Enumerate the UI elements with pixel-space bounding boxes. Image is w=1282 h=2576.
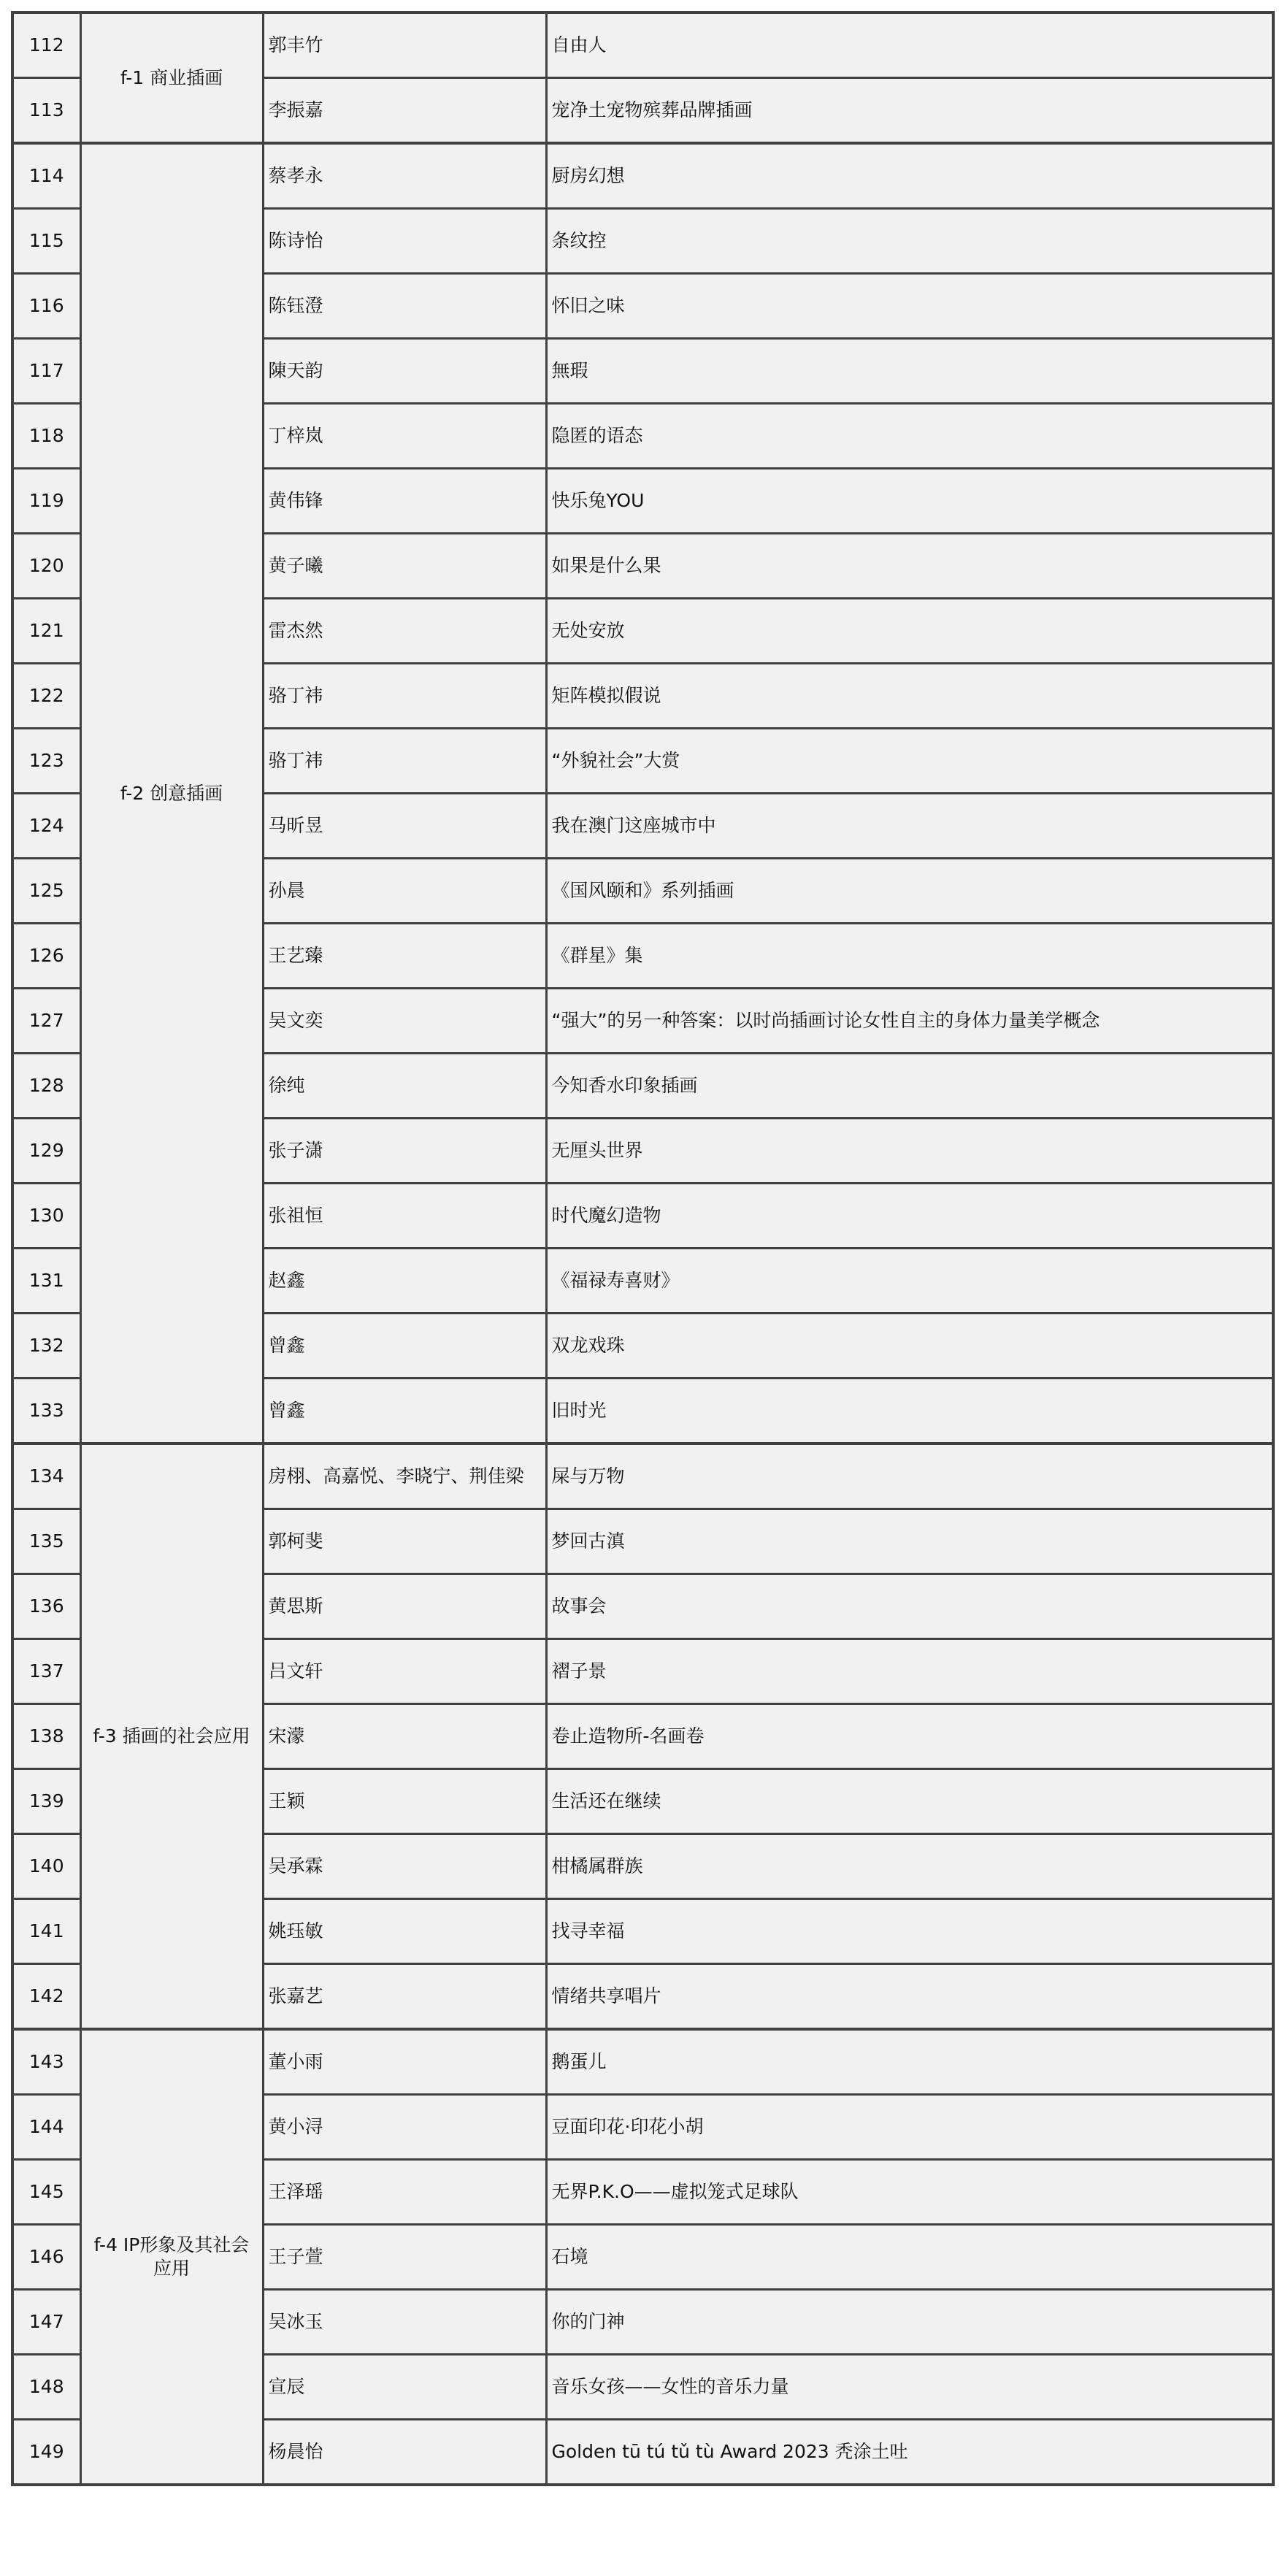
author-name: 董小雨 [263, 2029, 546, 2095]
author-name: 张子潇 [263, 1119, 546, 1184]
work-title: 无界P.K.O——虚拟笼式足球队 [546, 2160, 1273, 2225]
work-title: 《国风颐和》系列插画 [546, 859, 1273, 924]
author-name: 孙晨 [263, 859, 546, 924]
work-title: 双龙戏珠 [546, 1314, 1273, 1379]
work-title: “强大”的另一种答案：以时尚插画讨论女性自主的身体力量美学概念 [546, 989, 1273, 1054]
entry-number: 123 [12, 729, 80, 794]
work-title: 豆面印花·印花小胡 [546, 2095, 1273, 2160]
work-title: 《群星》集 [546, 924, 1273, 989]
category-cell: f-3 插画的社会应用 [80, 1444, 263, 2029]
author-name: 马昕昱 [263, 794, 546, 859]
entry-number: 114 [12, 143, 80, 209]
entry-number: 121 [12, 599, 80, 664]
work-title: 找寻幸福 [546, 1899, 1273, 1964]
author-name: 骆丁祎 [263, 729, 546, 794]
author-name: 骆丁祎 [263, 664, 546, 729]
entry-number: 129 [12, 1119, 80, 1184]
entry-number: 144 [12, 2095, 80, 2160]
entry-number: 120 [12, 534, 80, 599]
author-name: 姚珏敏 [263, 1899, 546, 1964]
entry-number: 137 [12, 1639, 80, 1704]
work-title: 时代魔幻造物 [546, 1184, 1273, 1249]
table-row: 143f-4 IP形象及其社会应用董小雨鹅蛋儿 [12, 2029, 1273, 2095]
entry-number: 131 [12, 1249, 80, 1314]
work-title: 音乐女孩——女性的音乐力量 [546, 2355, 1273, 2420]
entry-number: 142 [12, 1964, 80, 2030]
work-title: 旧时光 [546, 1379, 1273, 1444]
author-name: 黄子曦 [263, 534, 546, 599]
author-name: 王泽瑶 [263, 2160, 546, 2225]
work-title: Golden tū tú tǔ tù Award 2023 秃涂土吐 [546, 2420, 1273, 2485]
entry-number: 115 [12, 209, 80, 274]
work-title: 屎与万物 [546, 1444, 1273, 1509]
entry-number: 146 [12, 2225, 80, 2290]
author-name: 蔡孝永 [263, 143, 546, 209]
category-cell: f-1 商业插画 [80, 12, 263, 143]
entry-number: 149 [12, 2420, 80, 2485]
table-row: 134f-3 插画的社会应用房栩、高嘉悦、李晓宁、荆佳梁屎与万物 [12, 1444, 1273, 1509]
category-cell: f-4 IP形象及其社会应用 [80, 2029, 263, 2485]
works-table-body: 112f-1 商业插画郭丰竹自由人113李振嘉宠净土宠物殡葬品牌插画114f-2… [12, 12, 1273, 2485]
entry-number: 130 [12, 1184, 80, 1249]
work-title: 我在澳门这座城市中 [546, 794, 1273, 859]
author-name: 赵鑫 [263, 1249, 546, 1314]
entry-number: 119 [12, 469, 80, 534]
entry-number: 143 [12, 2029, 80, 2095]
author-name: 郭柯斐 [263, 1509, 546, 1574]
author-name: 陈诗怡 [263, 209, 546, 274]
author-name: 黄思斯 [263, 1574, 546, 1639]
entry-number: 148 [12, 2355, 80, 2420]
author-name: 陈钰澄 [263, 274, 546, 339]
author-name: 宋濛 [263, 1704, 546, 1769]
entry-number: 112 [12, 12, 80, 78]
work-title: 宠净土宠物殡葬品牌插画 [546, 78, 1273, 144]
author-name: 陳天韵 [263, 339, 546, 404]
author-name: 张祖恒 [263, 1184, 546, 1249]
works-table: 112f-1 商业插画郭丰竹自由人113李振嘉宠净土宠物殡葬品牌插画114f-2… [11, 11, 1275, 2486]
entry-number: 132 [12, 1314, 80, 1379]
work-title: 鹅蛋儿 [546, 2029, 1273, 2095]
work-title: 厨房幻想 [546, 143, 1273, 209]
author-name: 黄伟锋 [263, 469, 546, 534]
work-title: 快乐兔YOU [546, 469, 1273, 534]
work-title: 故事会 [546, 1574, 1273, 1639]
work-title: 《福禄寿喜财》 [546, 1249, 1273, 1314]
work-title: “外貌社会”大赏 [546, 729, 1273, 794]
entry-number: 117 [12, 339, 80, 404]
entry-number: 126 [12, 924, 80, 989]
work-title: 隐匿的语态 [546, 404, 1273, 469]
work-title: 无处安放 [546, 599, 1273, 664]
work-title: 自由人 [546, 12, 1273, 78]
author-name: 郭丰竹 [263, 12, 546, 78]
entry-number: 140 [12, 1834, 80, 1899]
work-title: 石境 [546, 2225, 1273, 2290]
author-name: 吴冰玉 [263, 2290, 546, 2355]
entry-number: 145 [12, 2160, 80, 2225]
author-name: 房栩、高嘉悦、李晓宁、荆佳梁 [263, 1444, 546, 1509]
entry-number: 113 [12, 78, 80, 144]
work-title: 情绪共享唱片 [546, 1964, 1273, 2030]
entry-number: 127 [12, 989, 80, 1054]
entry-number: 122 [12, 664, 80, 729]
work-title: 怀旧之味 [546, 274, 1273, 339]
author-name: 王颖 [263, 1769, 546, 1834]
work-title: 矩阵模拟假说 [546, 664, 1273, 729]
category-cell: f-2 创意插画 [80, 143, 263, 1444]
author-name: 张嘉艺 [263, 1964, 546, 2030]
author-name: 吕文轩 [263, 1639, 546, 1704]
table-row: 114f-2 创意插画蔡孝永厨房幻想 [12, 143, 1273, 209]
entry-number: 124 [12, 794, 80, 859]
author-name: 雷杰然 [263, 599, 546, 664]
work-title: 無瑕 [546, 339, 1273, 404]
entry-number: 141 [12, 1899, 80, 1964]
entry-number: 116 [12, 274, 80, 339]
work-title: 条纹控 [546, 209, 1273, 274]
work-title: 如果是什么果 [546, 534, 1273, 599]
entry-number: 139 [12, 1769, 80, 1834]
work-title: 今知香水印象插画 [546, 1054, 1273, 1119]
table-row: 112f-1 商业插画郭丰竹自由人 [12, 12, 1273, 78]
author-name: 丁梓岚 [263, 404, 546, 469]
entry-number: 147 [12, 2290, 80, 2355]
author-name: 李振嘉 [263, 78, 546, 144]
entry-number: 128 [12, 1054, 80, 1119]
work-title: 卷止造物所-名画卷 [546, 1704, 1273, 1769]
work-title: 梦回古滇 [546, 1509, 1273, 1574]
entry-number: 133 [12, 1379, 80, 1444]
entry-number: 135 [12, 1509, 80, 1574]
author-name: 吴承霖 [263, 1834, 546, 1899]
author-name: 徐纯 [263, 1054, 546, 1119]
entry-number: 134 [12, 1444, 80, 1509]
author-name: 吴文奕 [263, 989, 546, 1054]
entry-number: 125 [12, 859, 80, 924]
entry-number: 136 [12, 1574, 80, 1639]
entry-number: 118 [12, 404, 80, 469]
entry-number: 138 [12, 1704, 80, 1769]
author-name: 王子萱 [263, 2225, 546, 2290]
author-name: 杨晨怡 [263, 2420, 546, 2485]
author-name: 宣辰 [263, 2355, 546, 2420]
work-title: 你的门神 [546, 2290, 1273, 2355]
work-title: 生活还在继续 [546, 1769, 1273, 1834]
author-name: 黄小浔 [263, 2095, 546, 2160]
author-name: 王艺臻 [263, 924, 546, 989]
work-title: 褶子景 [546, 1639, 1273, 1704]
author-name: 曾鑫 [263, 1314, 546, 1379]
work-title: 柑橘属群族 [546, 1834, 1273, 1899]
author-name: 曾鑫 [263, 1379, 546, 1444]
work-title: 无厘头世界 [546, 1119, 1273, 1184]
